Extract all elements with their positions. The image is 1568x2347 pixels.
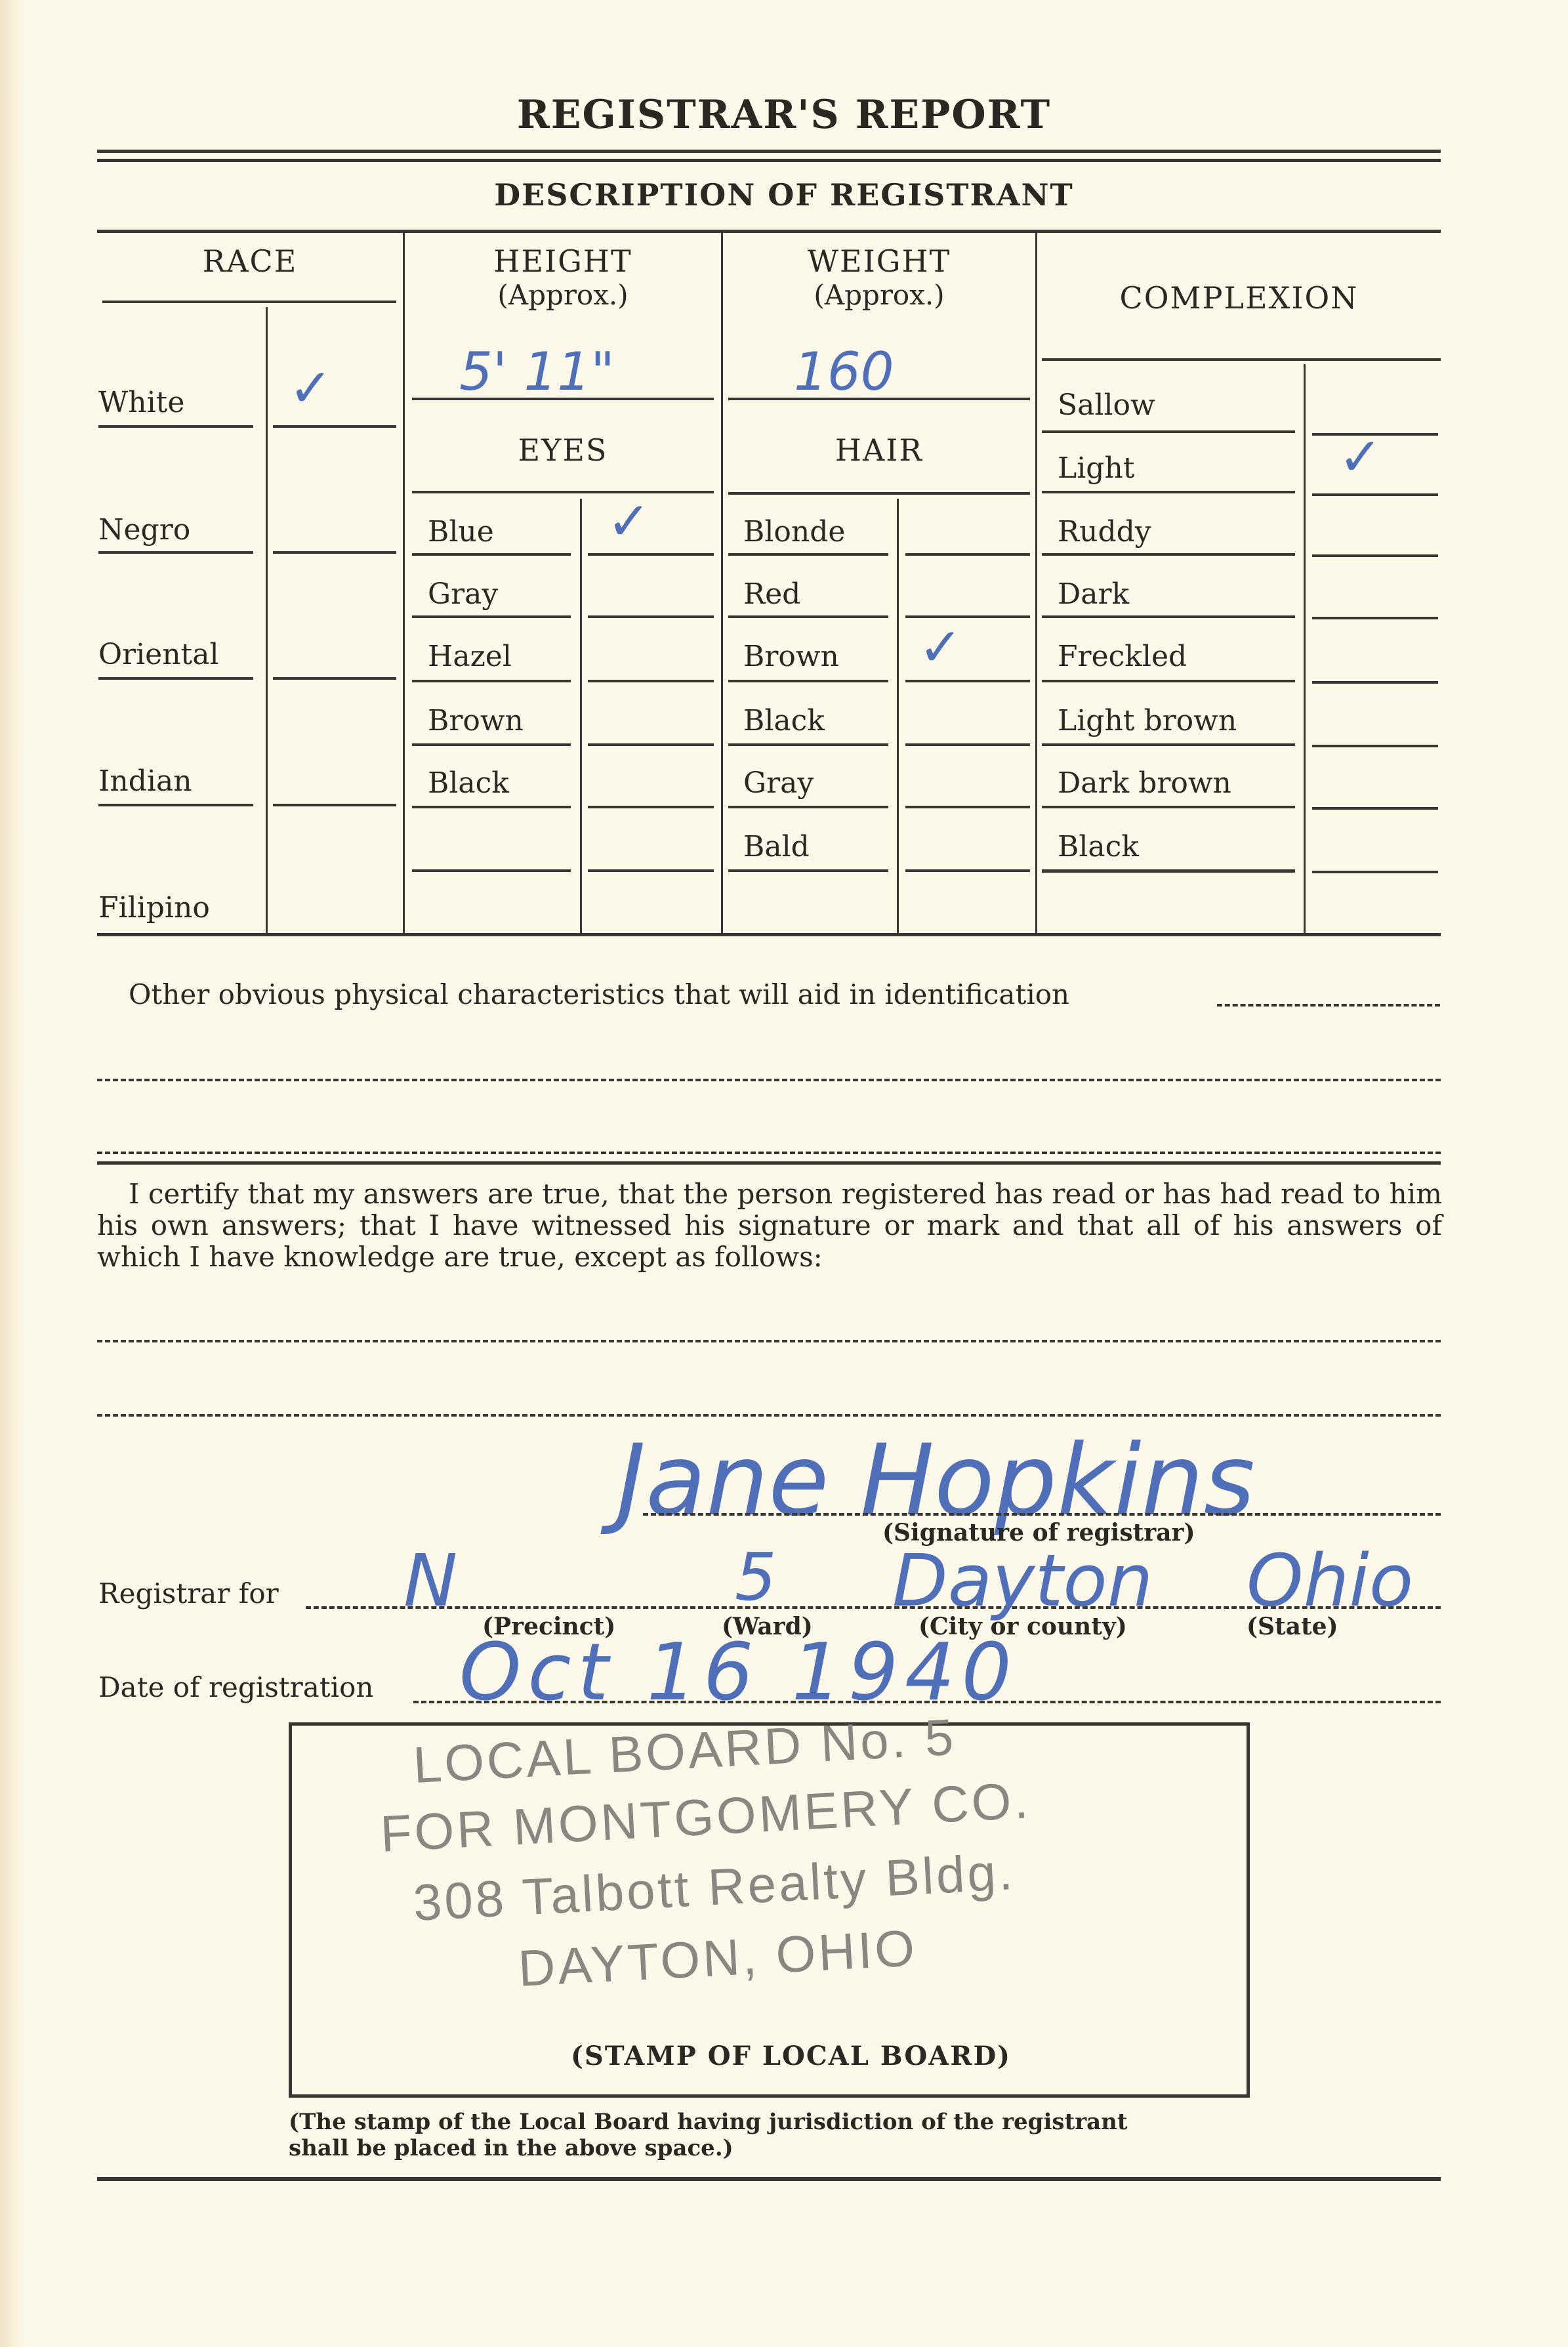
complexion-option-black[interactable]: Black [1058, 830, 1139, 863]
date-of-registration-label: Date of registration [98, 1672, 373, 1703]
divider [1312, 745, 1438, 747]
divider [1312, 493, 1438, 496]
divider [588, 743, 714, 746]
complexion-option-light-brown[interactable]: Light brown [1058, 704, 1237, 737]
state-caption: (State) [1247, 1613, 1338, 1640]
race-option-indian[interactable]: Indian [98, 764, 192, 798]
divider [1035, 233, 1037, 933]
divider [98, 804, 253, 806]
divider [588, 553, 714, 556]
divider [588, 615, 714, 618]
divider [273, 677, 396, 680]
divider [728, 806, 888, 808]
divider [412, 869, 571, 872]
precinct-value[interactable]: N [403, 1539, 457, 1623]
divider [588, 806, 714, 808]
divider [721, 233, 723, 933]
divider [1042, 743, 1295, 746]
divider [412, 743, 571, 746]
divider [1042, 806, 1295, 808]
divider [905, 553, 1030, 556]
state-value[interactable]: Ohio [1247, 1539, 1413, 1623]
stamp-caption: (STAMP OF LOCAL BOARD) [571, 2041, 1011, 2071]
hair-option-bald[interactable]: Bald [743, 830, 810, 863]
eyes-option-black[interactable]: Black [428, 766, 509, 800]
eyes-option-hazel[interactable]: Hazel [428, 640, 512, 673]
exceptions-line-1[interactable] [97, 1340, 1441, 1342]
hair-option-gray[interactable]: Gray [743, 766, 814, 800]
divider [905, 869, 1030, 872]
divider [1312, 681, 1438, 684]
divider [1042, 680, 1295, 682]
complexion-label: Light [1058, 451, 1134, 485]
weight-heading-text: WEIGHT [723, 244, 1035, 278]
divider [1312, 554, 1438, 557]
divider [1312, 807, 1438, 810]
divider [98, 677, 253, 680]
paper-edge-shadow [0, 0, 26, 2347]
divider [1312, 871, 1438, 873]
check-mark-icon: ✓ [289, 358, 333, 419]
ward-value[interactable]: 5 [735, 1539, 777, 1615]
divider [905, 806, 1030, 808]
hair-label: Brown [743, 640, 839, 673]
stamp-note-line-1: (The stamp of the Local Board having jur… [289, 2109, 1128, 2135]
race-heading: RACE [97, 244, 403, 278]
divider [102, 301, 396, 303]
hair-heading: HAIR [723, 433, 1035, 467]
height-approx-note: (Approx.) [405, 278, 721, 312]
divider [1312, 617, 1438, 619]
check-mark-icon: ✓ [607, 491, 651, 552]
city-value[interactable]: Dayton [892, 1539, 1153, 1623]
divider [412, 680, 571, 682]
weight-heading: WEIGHT (Approx.) [723, 244, 1035, 312]
section-title: DESCRIPTION OF REGISTRANT [0, 177, 1568, 213]
divider [273, 425, 396, 428]
check-mark-icon: ✓ [918, 617, 962, 678]
complexion-option-sallow[interactable]: Sallow [1058, 388, 1155, 422]
complexion-option-dark-brown[interactable]: Dark brown [1058, 766, 1231, 800]
bottom-rule [97, 2177, 1441, 2181]
divider [1042, 615, 1295, 618]
divider [728, 553, 888, 556]
other-characteristics-label: Other obvious physical characteristics t… [129, 979, 1069, 1010]
other-characteristics-line-3[interactable] [97, 1152, 1441, 1154]
divider [1304, 364, 1306, 933]
divider [412, 615, 571, 618]
exceptions-line-2[interactable] [97, 1414, 1441, 1417]
other-characteristics-line-2[interactable] [97, 1079, 1441, 1081]
race-option-oriental[interactable]: Oriental [98, 638, 219, 671]
divider [412, 491, 714, 493]
title-rule-bottom [97, 159, 1441, 162]
other-characteristics-field[interactable] [1217, 1004, 1440, 1007]
divider [1042, 430, 1295, 433]
divider [905, 743, 1030, 746]
height-heading: HEIGHT (Approx.) [405, 244, 721, 312]
divider [728, 398, 1030, 400]
registrar-for-label: Registrar for [98, 1578, 279, 1610]
stamp-note-line-2: shall be placed in the above space.) [289, 2135, 733, 2161]
divider [897, 499, 899, 933]
divider [728, 743, 888, 746]
hair-option-blonde[interactable]: Blonde [743, 515, 845, 549]
eyes-option-brown[interactable]: Brown [428, 704, 524, 737]
title-rule-top [97, 150, 1441, 153]
height-value[interactable]: 5' 11" [459, 341, 615, 402]
complexion-option-ruddy[interactable]: Ruddy [1058, 515, 1151, 549]
race-option-filipino[interactable]: Filipino [98, 891, 210, 924]
complexion-heading: COMPLEXION [1037, 281, 1441, 315]
signature-line [643, 1513, 1441, 1516]
divider [588, 869, 714, 872]
divider [98, 425, 253, 428]
race-label: White [98, 386, 184, 419]
divider [403, 233, 405, 933]
complexion-option-freckled[interactable]: Freckled [1058, 640, 1187, 673]
race-option-negro[interactable]: Negro [98, 513, 190, 547]
table-bottom-rule [97, 933, 1441, 936]
divider [1042, 553, 1295, 556]
divider [728, 615, 888, 618]
divider [728, 492, 1030, 495]
divider [98, 551, 253, 554]
weight-approx-note: (Approx.) [723, 278, 1035, 312]
divider [1042, 869, 1295, 873]
certification-text: I certify that my answers are true, that… [97, 1178, 1442, 1273]
divider [728, 680, 888, 682]
eyes-heading: EYES [405, 433, 721, 467]
divider [412, 553, 571, 556]
table-top-rule [97, 230, 1441, 233]
divider [588, 680, 714, 682]
divider [273, 551, 396, 554]
eyes-label: Blue [428, 515, 494, 549]
divider [1042, 491, 1295, 493]
date-of-registration-value[interactable]: Oct 16 1940 [459, 1627, 1018, 1718]
height-heading-text: HEIGHT [405, 244, 721, 278]
hair-option-black[interactable]: Black [743, 704, 825, 737]
complexion-option-dark[interactable]: Dark [1058, 577, 1129, 611]
divider [412, 398, 714, 400]
divider [266, 307, 268, 933]
hair-option-red[interactable]: Red [743, 577, 800, 611]
weight-value[interactable]: 160 [794, 341, 894, 402]
check-mark-icon: ✓ [1338, 426, 1382, 488]
page-title: REGISTRAR'S REPORT [0, 92, 1568, 138]
divider [905, 680, 1030, 682]
divider [97, 1161, 1441, 1165]
divider [728, 869, 888, 872]
divider [412, 806, 571, 808]
divider [1042, 358, 1441, 361]
divider [580, 499, 582, 933]
divider [273, 804, 396, 806]
eyes-option-gray[interactable]: Gray [428, 577, 498, 611]
